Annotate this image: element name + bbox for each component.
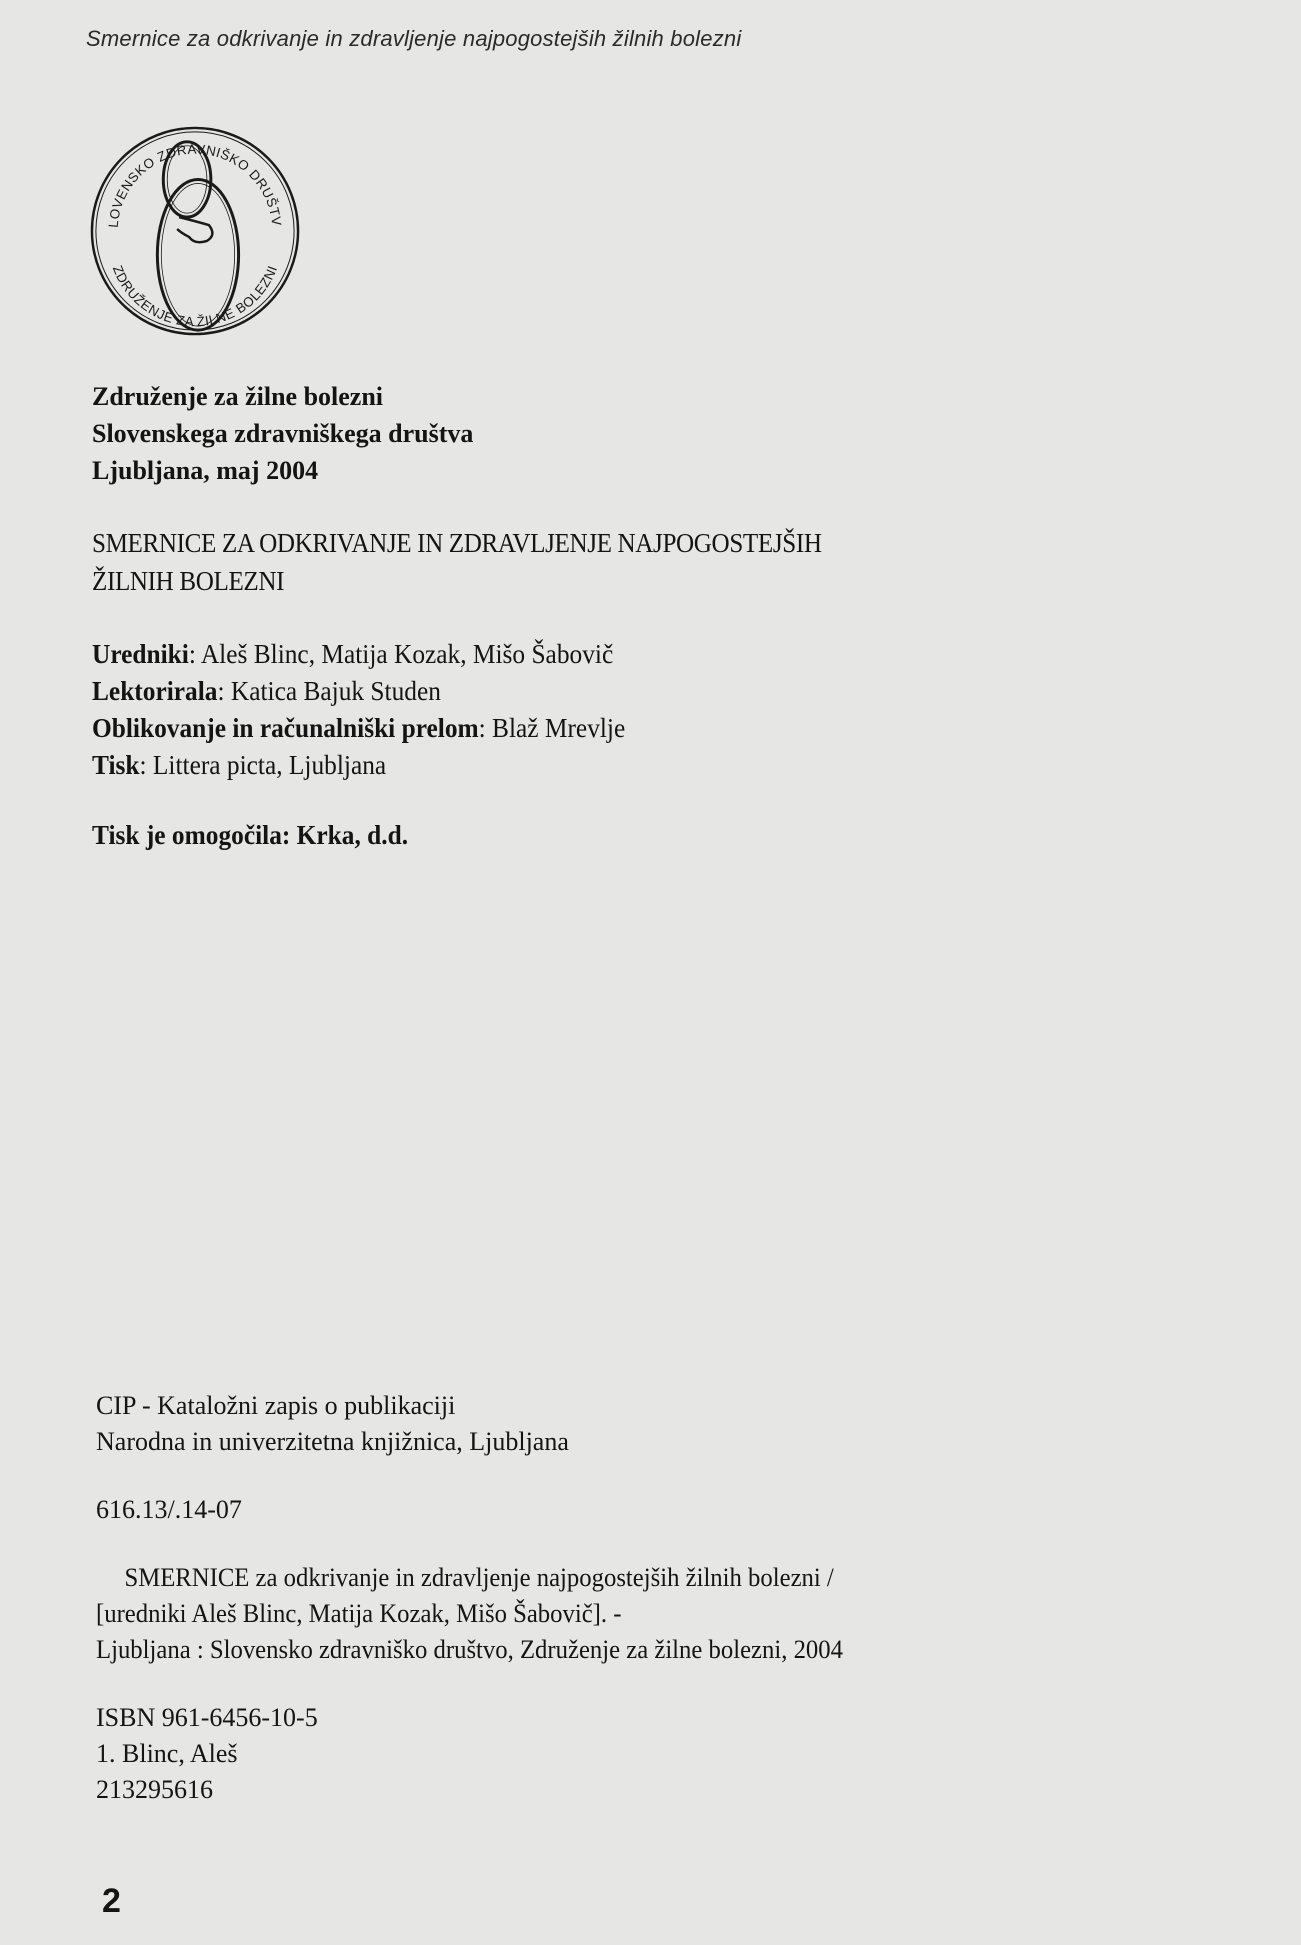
credit-value: Blaž Mrevlje xyxy=(492,713,625,743)
organization-block: Združenje za žilne bolezni Slovenskega z… xyxy=(92,378,473,489)
publication-place-date: Ljubljana, maj 2004 xyxy=(92,452,473,489)
running-header: Smernice za odkrivanje in zdravljenje na… xyxy=(86,26,741,52)
cip-cobiss-id: 213295616 xyxy=(96,1772,882,1808)
credit-printer: Tisk: Littera picta, Ljubljana xyxy=(92,747,625,784)
cip-classification: 616.13/.14-07 xyxy=(96,1492,882,1528)
cip-isbn: ISBN 961-6456-10-5 xyxy=(96,1700,882,1736)
credit-value: Aleš Blinc, Matija Kozak, Mišo Šabovič xyxy=(201,639,613,669)
credit-label: Tisk xyxy=(92,750,140,780)
title-line-2: ŽILNIH BOLEZNI xyxy=(92,562,822,600)
credits-block: Uredniki: Aleš Blinc, Matija Kozak, Mišo… xyxy=(92,636,625,784)
cip-library: Narodna in univerzitetna knjižnica, Ljub… xyxy=(96,1424,882,1460)
svg-text:SLOVENSKO ZDRAVNIŠKO DRUŠTVO: SLOVENSKO ZDRAVNIŠKO DRUŠTVO xyxy=(86,122,284,228)
svg-text:ZDRUŽENJE ZA ŽILNE BOLEZNI: ZDRUŽENJE ZA ŽILNE BOLEZNI xyxy=(110,263,280,329)
credit-label: Uredniki xyxy=(92,639,189,669)
print-sponsor: Tisk je omogočila: Krka, d.d. xyxy=(92,820,408,851)
title-line-1: SMERNICE ZA ODKRIVANJE IN ZDRAVLJENJE NA… xyxy=(92,524,822,562)
credit-editors: Uredniki: Aleš Blinc, Matija Kozak, Mišo… xyxy=(92,636,625,673)
credit-label: Lektorirala xyxy=(92,676,217,706)
cip-record-line: [uredniki Aleš Blinc, Matija Kozak, Mišo… xyxy=(96,1596,843,1632)
page-number: 2 xyxy=(102,1882,121,1921)
organization-name: Združenje za žilne bolezni xyxy=(92,378,473,415)
society-seal-logo: SLOVENSKO ZDRAVNIŠKO DRUŠTVO ZDRUŽENJE Z… xyxy=(86,122,304,340)
cip-record-line: SMERNICE za odkrivanje in zdravljenje na… xyxy=(96,1560,843,1596)
organization-parent: Slovenskega zdravniškega društva xyxy=(92,415,473,452)
cip-heading: CIP - Kataložni zapis o publikaciji xyxy=(96,1388,882,1424)
credit-proofreader: Lektorirala: Katica Bajuk Studen xyxy=(92,673,625,710)
credit-layout: Oblikovanje in računalniški prelom: Blaž… xyxy=(92,710,625,747)
cip-catalog-record: CIP - Kataložni zapis o publikaciji Naro… xyxy=(96,1388,882,1808)
cip-entry: 1. Blinc, Aleš xyxy=(96,1736,882,1772)
credit-label: Oblikovanje in računalniški prelom xyxy=(92,713,479,743)
credit-value: Littera picta, Ljubljana xyxy=(153,750,386,780)
credit-value: Katica Bajuk Studen xyxy=(231,676,441,706)
document-title: SMERNICE ZA ODKRIVANJE IN ZDRAVLJENJE NA… xyxy=(92,524,822,600)
cip-record-line: Ljubljana : Slovensko zdravniško društvo… xyxy=(96,1632,843,1668)
